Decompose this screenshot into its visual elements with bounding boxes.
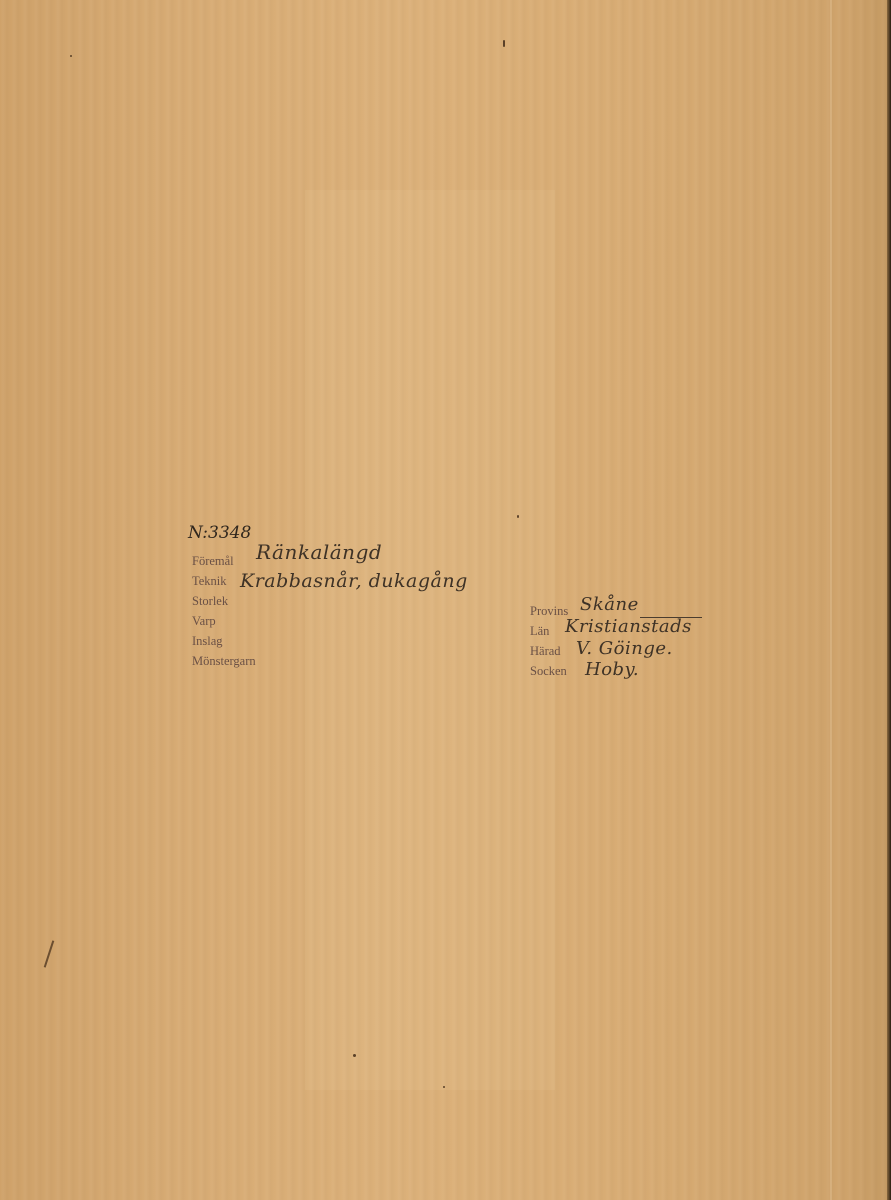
paper-mark [503,40,505,47]
catalog-number: N:3348 [188,523,251,543]
field-label-varp: Varp [192,611,256,631]
field-label-harad: Härad [530,641,568,661]
field-value-teknik: Krabbasnår, dukagång [240,570,468,592]
field-label-lan: Län [530,621,568,641]
faded-photo-mount-area [305,190,555,1090]
field-value-provins: Skåne [580,594,639,615]
field-value-lan: Kristianstads [565,616,692,637]
paper-speck [517,515,519,518]
paper-speck [353,1054,356,1057]
field-label-provins: Provins [530,601,568,621]
catalog-card: N:3348 Föremål Teknik Storlek Varp Insla… [0,0,891,1200]
field-label-monstergarn: Mönstergarn [192,651,256,671]
field-value-foremal: Ränkalängd [256,540,382,564]
field-label-socken: Socken [530,661,568,681]
object-fields-labels: Föremål Teknik Storlek Varp Inslag Mönst… [192,551,256,671]
location-fields-labels: Provins Län Härad Socken [530,601,568,681]
field-value-socken: Hoby. [585,659,639,680]
field-label-foremal: Föremål [192,551,256,571]
paper-speck [70,55,72,57]
field-value-harad: V. Göinge. [576,638,673,659]
field-label-storlek: Storlek [192,591,256,611]
paper-speck [443,1086,445,1088]
card-edge-shadow [887,0,891,1200]
field-label-inslag: Inslag [192,631,256,651]
paper-scratch [44,940,55,967]
paper-crease [830,0,832,1200]
